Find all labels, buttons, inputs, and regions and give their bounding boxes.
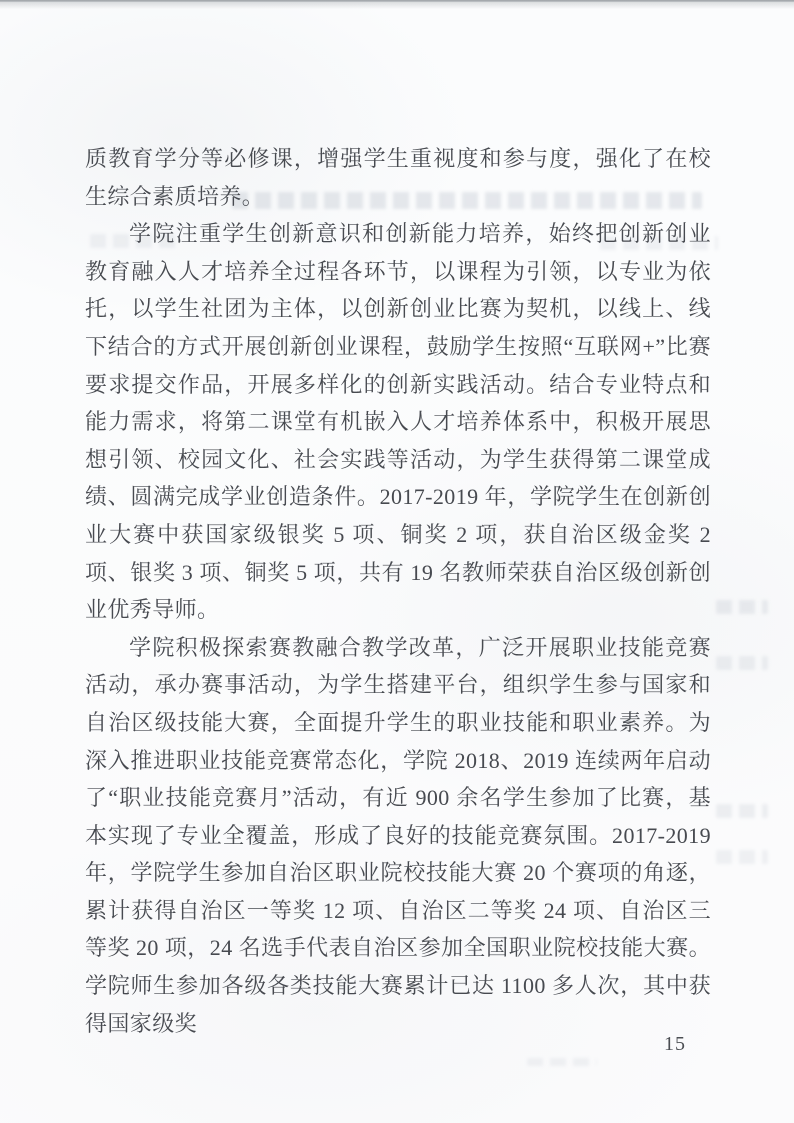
bleedthrough-text — [716, 656, 768, 670]
bleedthrough-text — [527, 1058, 597, 1066]
bleedthrough-text — [716, 600, 768, 614]
page-number: 15 — [655, 1033, 695, 1056]
paragraph-innovation-education: 学院注重学生创新意识和创新能力培养，始终把创新创业教育融入人才培养全过程各环节，… — [85, 215, 711, 629]
page-body: 质教育学分等必修课，增强学生重视度和参与度，强化了在校生综合素质培养。 学院注重… — [85, 140, 711, 1042]
scanner-edge-shadow — [0, 3, 794, 9]
scanned-document-page: 质教育学分等必修课，增强学生重视度和参与度，强化了在校生综合素质培养。 学院注重… — [0, 0, 794, 1123]
paragraph-continuation: 质教育学分等必修课，增强学生重视度和参与度，强化了在校生综合素质培养。 — [85, 140, 711, 215]
bleedthrough-text — [716, 804, 768, 818]
paragraph-skills-competition: 学院积极探索赛教融合教学改革，广泛开展职业技能竞赛活动，承办赛事活动，为学生搭建… — [85, 629, 711, 1043]
bleedthrough-text — [716, 850, 768, 864]
